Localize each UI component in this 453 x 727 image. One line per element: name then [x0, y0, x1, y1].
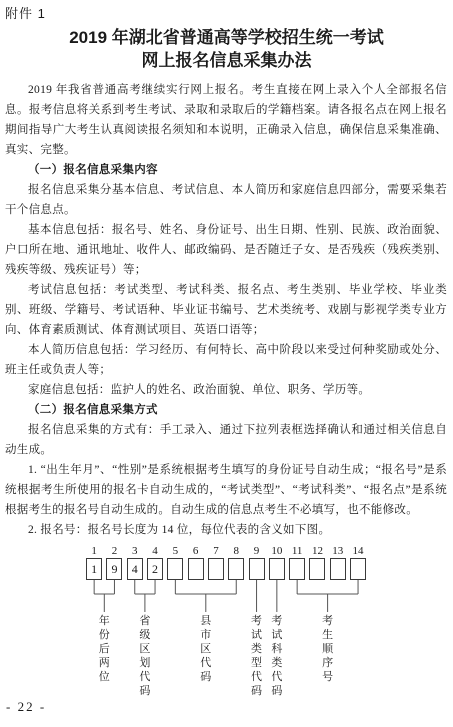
group-label: 省级区划代码	[138, 614, 152, 698]
doc-title-line1: 2019 年湖北省普通高等学校招生统一考试	[0, 26, 453, 49]
page-number: - 22 -	[6, 699, 46, 715]
digit-position-number: 7	[206, 544, 226, 558]
digit-box: 1	[86, 558, 102, 580]
group-label: 考试科类代码	[270, 614, 284, 698]
digit-box	[309, 558, 325, 580]
digit-box	[289, 558, 305, 580]
digit-box	[249, 558, 265, 580]
registration-number-diagram: 11293442567891011121314年份后两位省级区划代码县市区代码考…	[84, 544, 384, 704]
group-label: 考生顺序号	[321, 614, 335, 684]
digit-box: 9	[106, 558, 122, 580]
digit-box	[228, 558, 244, 580]
digit-box	[269, 558, 285, 580]
digit-box	[350, 558, 366, 580]
digit-position-number: 6	[186, 544, 206, 558]
section1-paragraph-basic-info: 基本信息包括：报名号、姓名、身份证号、出生日期、性别、民族、政治面貌、户口所在地…	[5, 220, 447, 280]
section2-paragraph-reg-number: 2. 报名号：报名号长度为 14 位，每位代表的含义如下图。	[5, 520, 447, 540]
digit-position-number: 3	[125, 544, 145, 558]
section2-paragraph-auto-generated: 1. “出生年月”、“性别”是系统根据考生填写的身份证号自动生成；“报名号”是系…	[5, 460, 447, 520]
digit-position-number: 8	[226, 544, 246, 558]
bracket-lines	[84, 580, 369, 614]
digit-position-number: 1	[84, 544, 104, 558]
digit-position-number: 9	[246, 544, 266, 558]
digit-position-number: 14	[348, 544, 368, 558]
digit-position-number: 4	[145, 544, 165, 558]
digit-position-number: 11	[287, 544, 307, 558]
section1-heading: （一）报名信息采集内容	[5, 160, 447, 180]
digit-position-number: 10	[267, 544, 287, 558]
digit-box	[167, 558, 183, 580]
section2-paragraph-methods: 报名信息采集的方式有：手工录入、通过下拉列表框选择确认和通过相关信息自动生成。	[5, 420, 447, 460]
section2-heading: （二）报名信息采集方式	[5, 400, 447, 420]
digit-position-number: 2	[104, 544, 124, 558]
document-body: 2019 年我省普通高考继续实行网上报名。考生直接在网上录入个人全部报名信息。报…	[5, 80, 447, 540]
section1-paragraph-family-info: 家庭信息包括：监护人的姓名、政治面貌、单位、职务、学历等。	[5, 380, 447, 400]
document-page: 附件 1 2019 年湖北省普通高等学校招生统一考试 网上报名信息采集办法 20…	[0, 0, 453, 727]
doc-title-line2: 网上报名信息采集办法	[0, 49, 453, 72]
section1-paragraph-exam-info: 考试信息包括：考试类型、考试科类、报名点、考生类别、毕业学校、毕业类别、班级、学…	[5, 280, 447, 340]
section1-paragraph-overview: 报名信息采集分基本信息、考试信息、本人简历和家庭信息四部分，需要采集若干个信息点…	[5, 180, 447, 220]
attachment-label: 附件 1	[0, 0, 453, 22]
group-label: 考试类型代码	[250, 614, 264, 698]
digit-box	[188, 558, 204, 580]
digit-position-number: 5	[165, 544, 185, 558]
digit-box	[330, 558, 346, 580]
digit-position-number: 13	[328, 544, 348, 558]
digit-box	[208, 558, 224, 580]
section1-paragraph-resume-info: 本人简历信息包括：学习经历、有何特长、高中阶段以来受过何种奖励或处分、班主任或负…	[5, 340, 447, 380]
digit-box: 4	[127, 558, 143, 580]
intro-paragraph: 2019 年我省普通高考继续实行网上报名。考生直接在网上录入个人全部报名信息。报…	[5, 80, 447, 160]
digit-box: 2	[147, 558, 163, 580]
group-label: 县市区代码	[199, 614, 213, 684]
digit-position-number: 12	[307, 544, 327, 558]
group-label: 年份后两位	[97, 614, 111, 684]
